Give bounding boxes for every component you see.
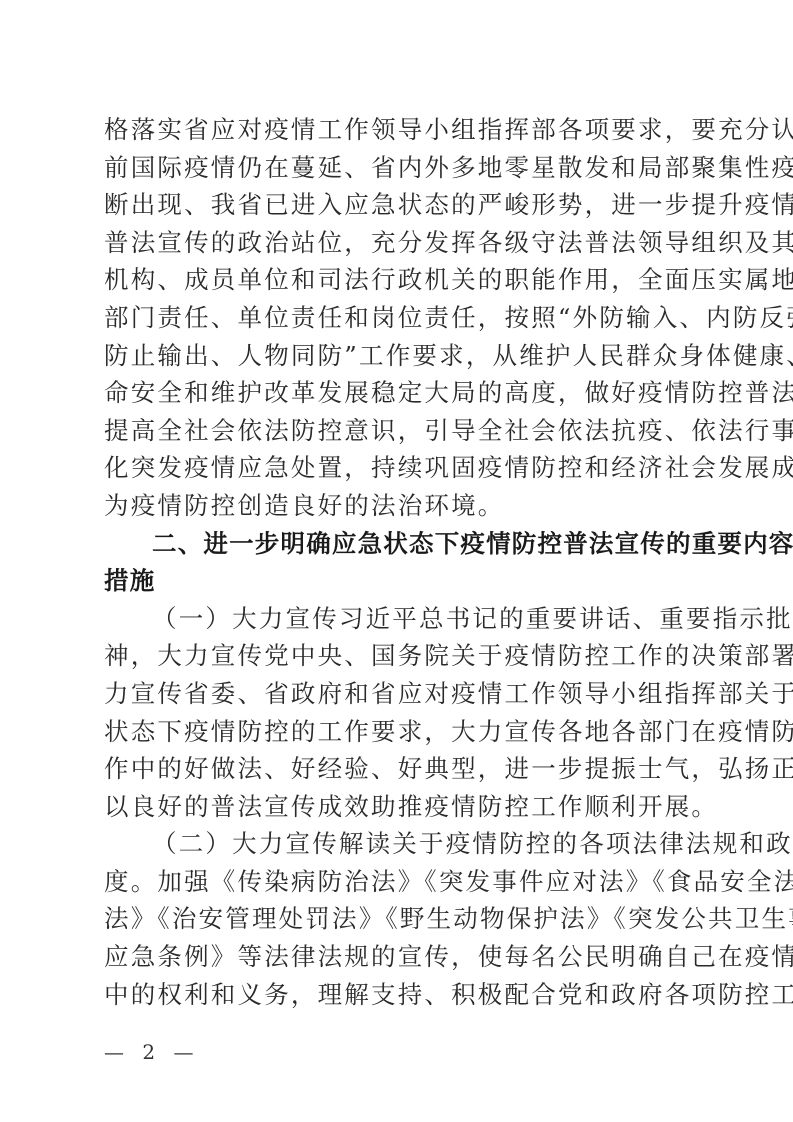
text-line: 作中的好做法、好经验、好典型，进一步提振士气，弘扬正能量， (104, 750, 692, 788)
text-line: 力宣传省委、省政府和省应对疫情工作领导小组指挥部关于应急 (104, 675, 692, 713)
document-body: 格落实省应对疫情工作领导小组指挥部各项要求，要充分认清当 前国际疫情仍在蔓延、省… (104, 111, 692, 1013)
text-line: 部门责任、单位责任和岗位责任，按照“外防输入、内防反弹、 (104, 299, 692, 337)
text-line: 机构、成员单位和司法行政机关的职能作用，全面压实属地责任、 (104, 261, 692, 299)
text-line: 防止输出、人物同防”工作要求，从维护人民群众身体健康、生 (104, 337, 692, 375)
text-line: 应急条例》等法律法规的宣传，使每名公民明确自己在疫情防控 (104, 938, 692, 976)
text-line: 格落实省应对疫情工作领导小组指挥部各项要求，要充分认清当 (104, 111, 692, 149)
text-line: 神，大力宣传党中央、国务院关于疫情防控工作的决策部署，大 (104, 637, 692, 675)
text-line: 为疫情防控创造良好的法治环境。 (104, 487, 692, 525)
text-line: 以良好的普法宣传成效助推疫情防控工作顺利开展。 (104, 788, 692, 826)
text-line: 法》《治安管理处罚法》《野生动物保护法》《突发公共卫生事件 (104, 900, 692, 938)
page-number: — 2 — (104, 1040, 199, 1064)
text-line: 断出现、我省已进入应急状态的严峻形势，进一步提升疫情防控 (104, 186, 692, 224)
section-heading-continued: 措施 (104, 562, 692, 600)
text-line: 命安全和维护改革发展稳定大局的高度，做好疫情防控普法宣传， (104, 374, 692, 412)
text-line: 前国际疫情仍在蔓延、省内外多地零星散发和局部聚集性疫情不 (104, 149, 692, 187)
text-line: 提高全社会依法防控意识，引导全社会依法抗疫、依法行事，强 (104, 412, 692, 450)
document-page: 格落实省应对疫情工作领导小组指挥部各项要求，要充分认清当 前国际疫情仍在蔓延、省… (0, 0, 793, 1122)
text-line: 中的权利和义务，理解支持、积极配合党和政府各项防控工作措 (104, 976, 692, 1014)
text-line: 度。加强《传染病防治法》《突发事件应对法》《食品安全法》《刑 (104, 863, 692, 901)
text-line: 普法宣传的政治站位，充分发挥各级守法普法领导组织及其办事 (104, 224, 692, 262)
subsection-line: （二）大力宣传解读关于疫情防控的各项法律法规和政策制 (104, 825, 692, 863)
section-heading: 二、进一步明确应急状态下疫情防控普法宣传的重要内容和 (104, 525, 692, 563)
text-line: 化突发疫情应急处置，持续巩固疫情防控和经济社会发展成果， (104, 449, 692, 487)
subsection-line: （一）大力宣传习近平总书记的重要讲话、重要指示批示精 (104, 600, 692, 638)
text-line: 状态下疫情防控的工作要求，大力宣传各地各部门在疫情防控工 (104, 713, 692, 751)
